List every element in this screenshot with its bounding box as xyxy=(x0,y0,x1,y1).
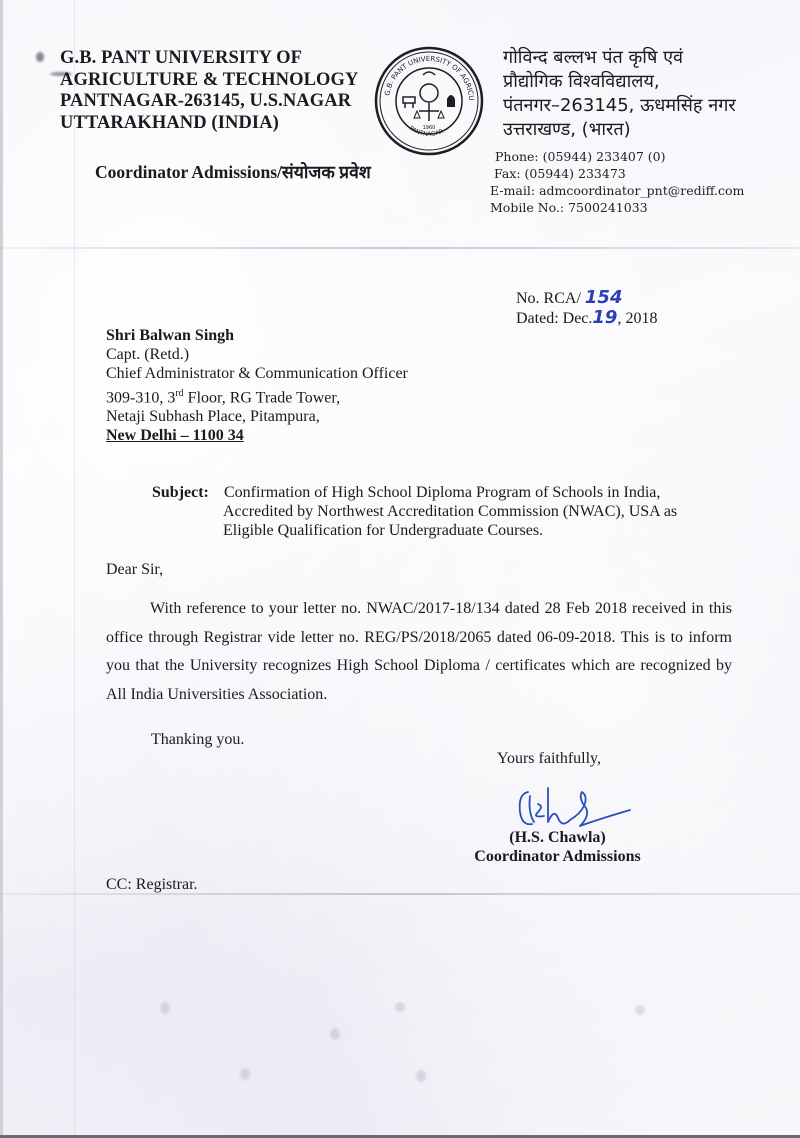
reference-number: No. RCA/ 154 xyxy=(516,288,657,308)
email-address[interactable]: E-mail: admcoordinator_pnt@rediff.com xyxy=(490,182,744,199)
mobile-number: Mobile No.: 7500241033 xyxy=(490,199,744,216)
recipient-address-line1: 309-310, 3rd Floor, RG Trade Tower, xyxy=(106,384,408,408)
subject-label: Subject: xyxy=(152,483,220,502)
contact-block: Phone: (05944) 233407 (0) Fax: (05944) 2… xyxy=(490,148,744,216)
letterhead-line: G.B. PANT UNIVERSITY OF xyxy=(60,48,358,70)
paper-dent-mark xyxy=(635,1005,645,1015)
office-title: Coordinator Admissions/संयोजक प्रवेश xyxy=(95,160,371,184)
cc-line: CC: Registrar. xyxy=(106,876,198,894)
recipient-rank: Capt. (Retd.) xyxy=(106,345,408,364)
svg-text:1960: 1960 xyxy=(423,125,436,131)
recipient-designation: Chief Administrator & Communication Offi… xyxy=(106,364,408,383)
fax-number: Fax: (05944) 233473 xyxy=(490,165,744,182)
letterhead-line-hindi: प्रौद्योगिक विश्वविद्यालय, xyxy=(503,70,736,94)
subject-line: Confirmation of High School Diploma Prog… xyxy=(224,484,660,501)
subject-line: Accredited by Northwest Accreditation Co… xyxy=(152,502,677,521)
subject-block: Subject: Confirmation of High School Dip… xyxy=(152,483,677,540)
signer-block: (H.S. Chawla) Coordinator Admissions xyxy=(470,828,645,866)
recipient-city: New Delhi – 1100 34 xyxy=(106,426,408,445)
university-name-hindi: गोविन्द बल्लभ पंत कृषि एवं प्रौद्योगिक व… xyxy=(503,46,736,142)
signer-title: Coordinator Admissions xyxy=(470,847,645,866)
letterhead-line: UTTARAKHAND (INDIA) xyxy=(60,113,358,135)
paper-dent-mark xyxy=(160,1002,170,1014)
reference-date: Dated: Dec.19, 2018 xyxy=(516,308,657,328)
recipient-name: Shri Balwan Singh xyxy=(106,326,408,345)
paper-dent-mark xyxy=(416,1070,426,1082)
reference-date-day-handwritten: 19 xyxy=(592,307,617,328)
signature-icon xyxy=(514,782,649,832)
letterhead-line: PANTNAGAR-263145, U.S.NAGAR xyxy=(60,91,358,113)
reference-number-handwritten: 154 xyxy=(585,287,623,308)
letterhead-line-hindi: गोविन्द बल्लभ पंत कृषि एवं xyxy=(503,46,736,70)
letterhead-line: AGRICULTURE & TECHNOLOGY xyxy=(60,70,358,92)
salutation: Dear Sir, xyxy=(106,561,163,579)
paper-dent-mark xyxy=(240,1068,250,1080)
paper-fold-top xyxy=(0,247,800,249)
reference-date-year: , 2018 xyxy=(617,310,657,327)
recipient-address-line2: Netaji Subhash Place, Pitampura, xyxy=(106,407,408,426)
phone-number: Phone: (05944) 233407 (0) xyxy=(490,148,744,165)
body-paragraph: With reference to your letter no. NWAC/2… xyxy=(106,595,732,709)
signer-name: (H.S. Chawla) xyxy=(470,828,645,847)
staple-mark-icon xyxy=(36,52,44,62)
subject-line: Eligible Qualification for Undergraduate… xyxy=(152,521,677,540)
reference-number-label: No. RCA/ xyxy=(516,290,581,307)
paper-dent-mark xyxy=(330,1028,340,1040)
university-seal-icon: G.B. PANT UNIVERSITY OF AGRICULTURE & TE… xyxy=(373,45,485,157)
scan-edge-left xyxy=(0,0,3,1138)
paper-crease-vertical xyxy=(74,0,75,1138)
university-name-english: G.B. PANT UNIVERSITY OF AGRICULTURE & TE… xyxy=(60,48,358,134)
paper-dent-mark xyxy=(395,1002,405,1012)
letterhead-line-hindi: उत्तराखण्ड, (भारत) xyxy=(503,118,736,142)
closing-line: Yours faithfully, xyxy=(497,750,601,768)
recipient-address: Shri Balwan Singh Capt. (Retd.) Chief Ad… xyxy=(106,326,408,446)
thanking-line: Thanking you. xyxy=(151,731,244,749)
reference-block: No. RCA/ 154 Dated: Dec.19, 2018 xyxy=(516,288,657,328)
reference-date-label: Dated: Dec. xyxy=(516,310,592,327)
letterhead-line-hindi: पंतनगर–263145, ऊधमसिंह नगर xyxy=(503,94,736,118)
